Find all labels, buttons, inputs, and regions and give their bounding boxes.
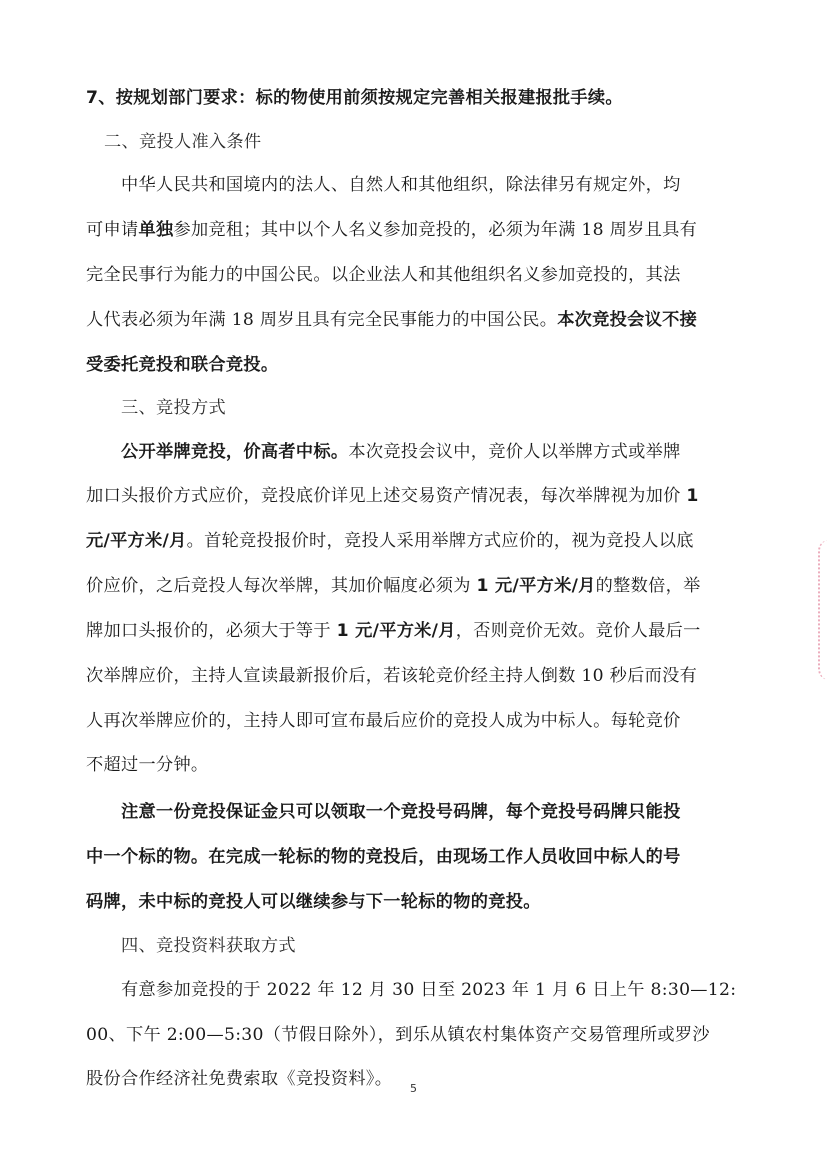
section-heading-bidding-method: 三、竞投方式 [121,396,791,420]
section-heading-eligibility: 二、竞投人准入条件 [104,130,774,154]
text: 。首轮竞投报价时，竞投人采用举牌方式应价的，视为竞投人以底 [187,531,694,551]
clause-7-planning-requirement: 7、按规划部门要求：标的物使用前须按规定完善相关报建报批手续。 [86,86,756,110]
text: 可申请 [86,220,138,240]
text: 完全民事行为能力的中国公民。以企业法人和其他组织名义参加竞投的，其法 [86,265,681,285]
bold-text: 码牌，未中标的竞投人可以继续参与下一轮标的物的竞投。 [86,892,541,912]
clause-text: 7、按规划部门要求：标的物使用前须按规定完善相关报建报批手续。 [86,88,623,108]
section-heading-materials: 四、竞投资料获取方式 [121,934,791,958]
text: 价应价，之后竞投人每次举牌，其加价幅度必须为 [86,576,477,596]
seal-stamp-edge-icon [818,540,827,680]
bold-text: 1 元/平方米/月 [477,576,596,596]
paragraph-line: 公开举牌竞投，价高者中标。本次竞投会议中，竞价人以举牌方式或举牌 [121,440,791,464]
paragraph-line: 价应价，之后竞投人每次举牌，其加价幅度必须为 1 元/平方米/月的整数倍，举 [86,574,756,598]
paragraph-line: 人代表必须为年满 18 周岁且具有完全民事能力的中国公民。本次竞投会议不接 [86,308,756,332]
text: 有意参加竞投的于 2022 年 12 月 30 日至 2023 年 1 月 6 … [121,980,736,1000]
bold-text: 中一个标的物。在完成一轮标的物的竞投后，由现场工作人员收回中标人的号 [86,847,681,867]
text: 人再次举牌应价的，主持人即可宣布最后应价的竞投人成为中标人。每轮竞价 [86,711,681,731]
bold-text: 公开举牌竞投，价高者中标。 [121,442,348,462]
text: 本次竞投会议中，竞价人以举牌方式或举牌 [348,442,680,462]
bold-text: 受委托竞投和联合竞投。 [86,355,278,375]
text: 的整数倍，举 [596,576,701,596]
notice-paragraph-line: 码牌，未中标的竞投人可以继续参与下一轮标的物的竞投。 [86,890,756,914]
bold-text: 1 元/平方米/月 [337,621,456,641]
bold-text: 本次竞投会议不接 [557,310,697,330]
text: 不超过一分钟。 [86,755,208,775]
page-number: 5 [0,1082,827,1095]
bold-text: 单独 [138,220,173,240]
paragraph-line: 可申请单独参加竞租；其中以个人名义参加竞投的，必须为年满 18 周岁且具有 [86,218,756,242]
paragraph-line: 人再次举牌应价的，主持人即可宣布最后应价的竞投人成为中标人。每轮竞价 [86,709,756,733]
bold-text: 注意一份竞投保证金只可以领取一个竞投号码牌，每个竞投号码牌只能投 [121,802,681,822]
document-page: 7、按规划部门要求：标的物使用前须按规定完善相关报建报批手续。 二、竞投人准入条… [0,0,827,1169]
paragraph-line: 中华人民共和国境内的法人、自然人和其他组织，除法律另有规定外，均 [121,173,791,197]
text: 人代表必须为年满 18 周岁且具有完全民事能力的中国公民。 [86,310,557,330]
text: 中华人民共和国境内的法人、自然人和其他组织，除法律另有规定外，均 [121,175,681,195]
paragraph-line: 加口头报价方式应价，竞投底价详见上述交易资产情况表，每次举牌视为加价 1 [86,484,756,508]
notice-paragraph-line: 中一个标的物。在完成一轮标的物的竞投后，由现场工作人员收回中标人的号 [86,845,756,869]
text: 牌加口头报价的，必须大于等于 [86,621,337,641]
paragraph-line: 次举牌应价，主持人宣读最新报价后，若该轮竞价经主持人倒数 10 秒后而没有 [86,664,756,688]
heading-text: 二、竞投人准入条件 [104,132,261,152]
heading-text: 三、竞投方式 [121,398,226,418]
text: 次举牌应价，主持人宣读最新报价后，若该轮竞价经主持人倒数 10 秒后而没有 [86,666,697,686]
paragraph-line: 00、下午 2:00—5:30（节假日除外），到乐从镇农村集体资产交易管理所或罗… [86,1023,756,1047]
bold-text: 元/平方米/月 [86,531,187,551]
paragraph-line: 受委托竞投和联合竞投。 [86,353,756,377]
text: 00、下午 2:00—5:30（节假日除外），到乐从镇农村集体资产交易管理所或罗… [86,1025,710,1045]
heading-text: 四、竞投资料获取方式 [121,936,296,956]
paragraph-line: 有意参加竞投的于 2022 年 12 月 30 日至 2023 年 1 月 6 … [121,978,791,1002]
paragraph-line: 完全民事行为能力的中国公民。以企业法人和其他组织名义参加竞投的，其法 [86,263,756,287]
bold-text: 1 [686,486,698,506]
paragraph-line: 元/平方米/月。首轮竞投报价时，竞投人采用举牌方式应价的，视为竞投人以底 [86,529,756,553]
notice-paragraph-line: 注意一份竞投保证金只可以领取一个竞投号码牌，每个竞投号码牌只能投 [121,800,791,824]
paragraph-line: 不超过一分钟。 [86,753,756,777]
text: ，否则竞价无效。竞价人最后一 [456,621,701,641]
text: 加口头报价方式应价，竞投底价详见上述交易资产情况表，每次举牌视为加价 [86,486,686,506]
paragraph-line: 牌加口头报价的，必须大于等于 1 元/平方米/月，否则竞价无效。竞价人最后一 [86,619,756,643]
text: 参加竞租；其中以个人名义参加竞投的，必须为年满 18 周岁且具有 [173,220,697,240]
